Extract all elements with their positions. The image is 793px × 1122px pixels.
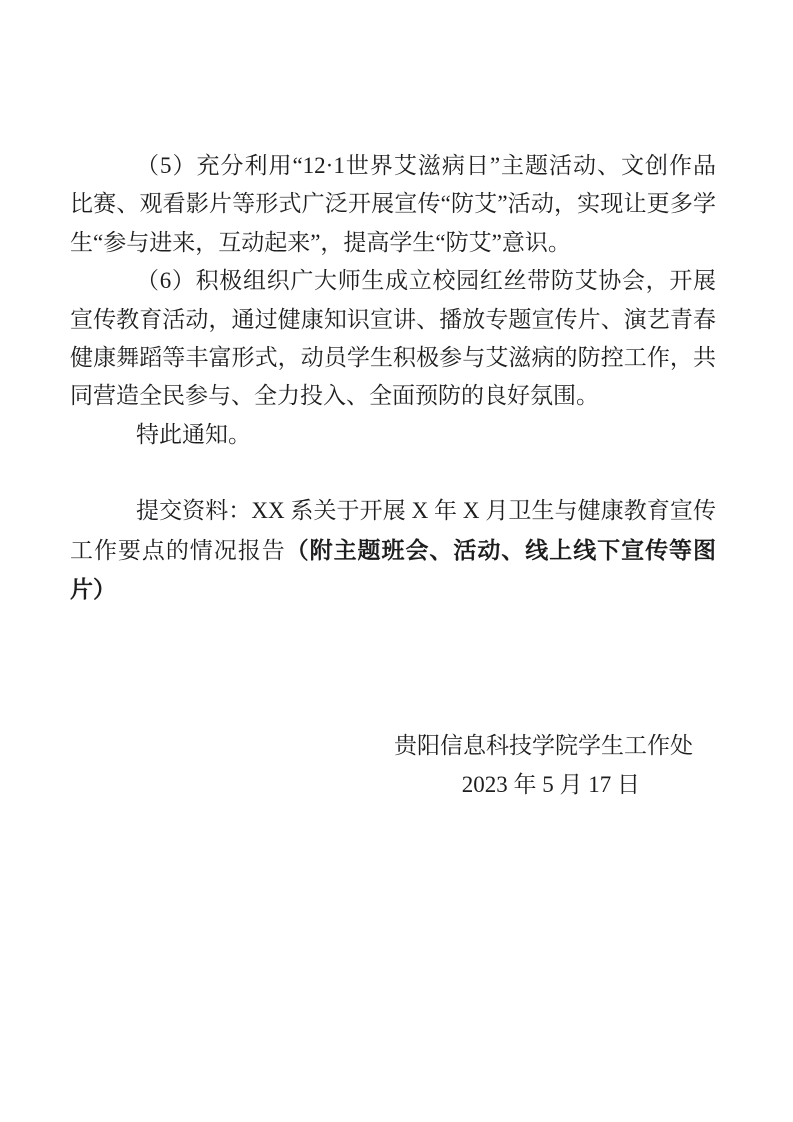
submission-materials-line: 提交资料：XX 系关于开展 X 年 X 月卫生与健康教育宣传工作要点的情况报告（… (70, 492, 716, 609)
paragraph-item-6: （6）积极组织广大师生成立校园红丝带防艾协会，开展宣传教育活动，通过健康知识宣讲… (70, 262, 716, 416)
issue-date: 2023 年 5 月 17 日 (70, 766, 716, 804)
paragraph-item-5: （5）充分利用“12·1世界艾滋病日”主题活动、文创作品比赛、观看影片等形式广泛… (70, 147, 716, 262)
document-body: （5）充分利用“12·1世界艾滋病日”主题活动、文创作品比赛、观看影片等形式广泛… (70, 147, 716, 804)
document-page: （5）充分利用“12·1世界艾滋病日”主题活动、文创作品比赛、观看影片等形式广泛… (0, 0, 793, 1122)
issuing-department-signature: 贵阳信息科技学院学生工作处 (70, 727, 716, 765)
notice-closing-line: 特此通知。 (70, 416, 716, 454)
